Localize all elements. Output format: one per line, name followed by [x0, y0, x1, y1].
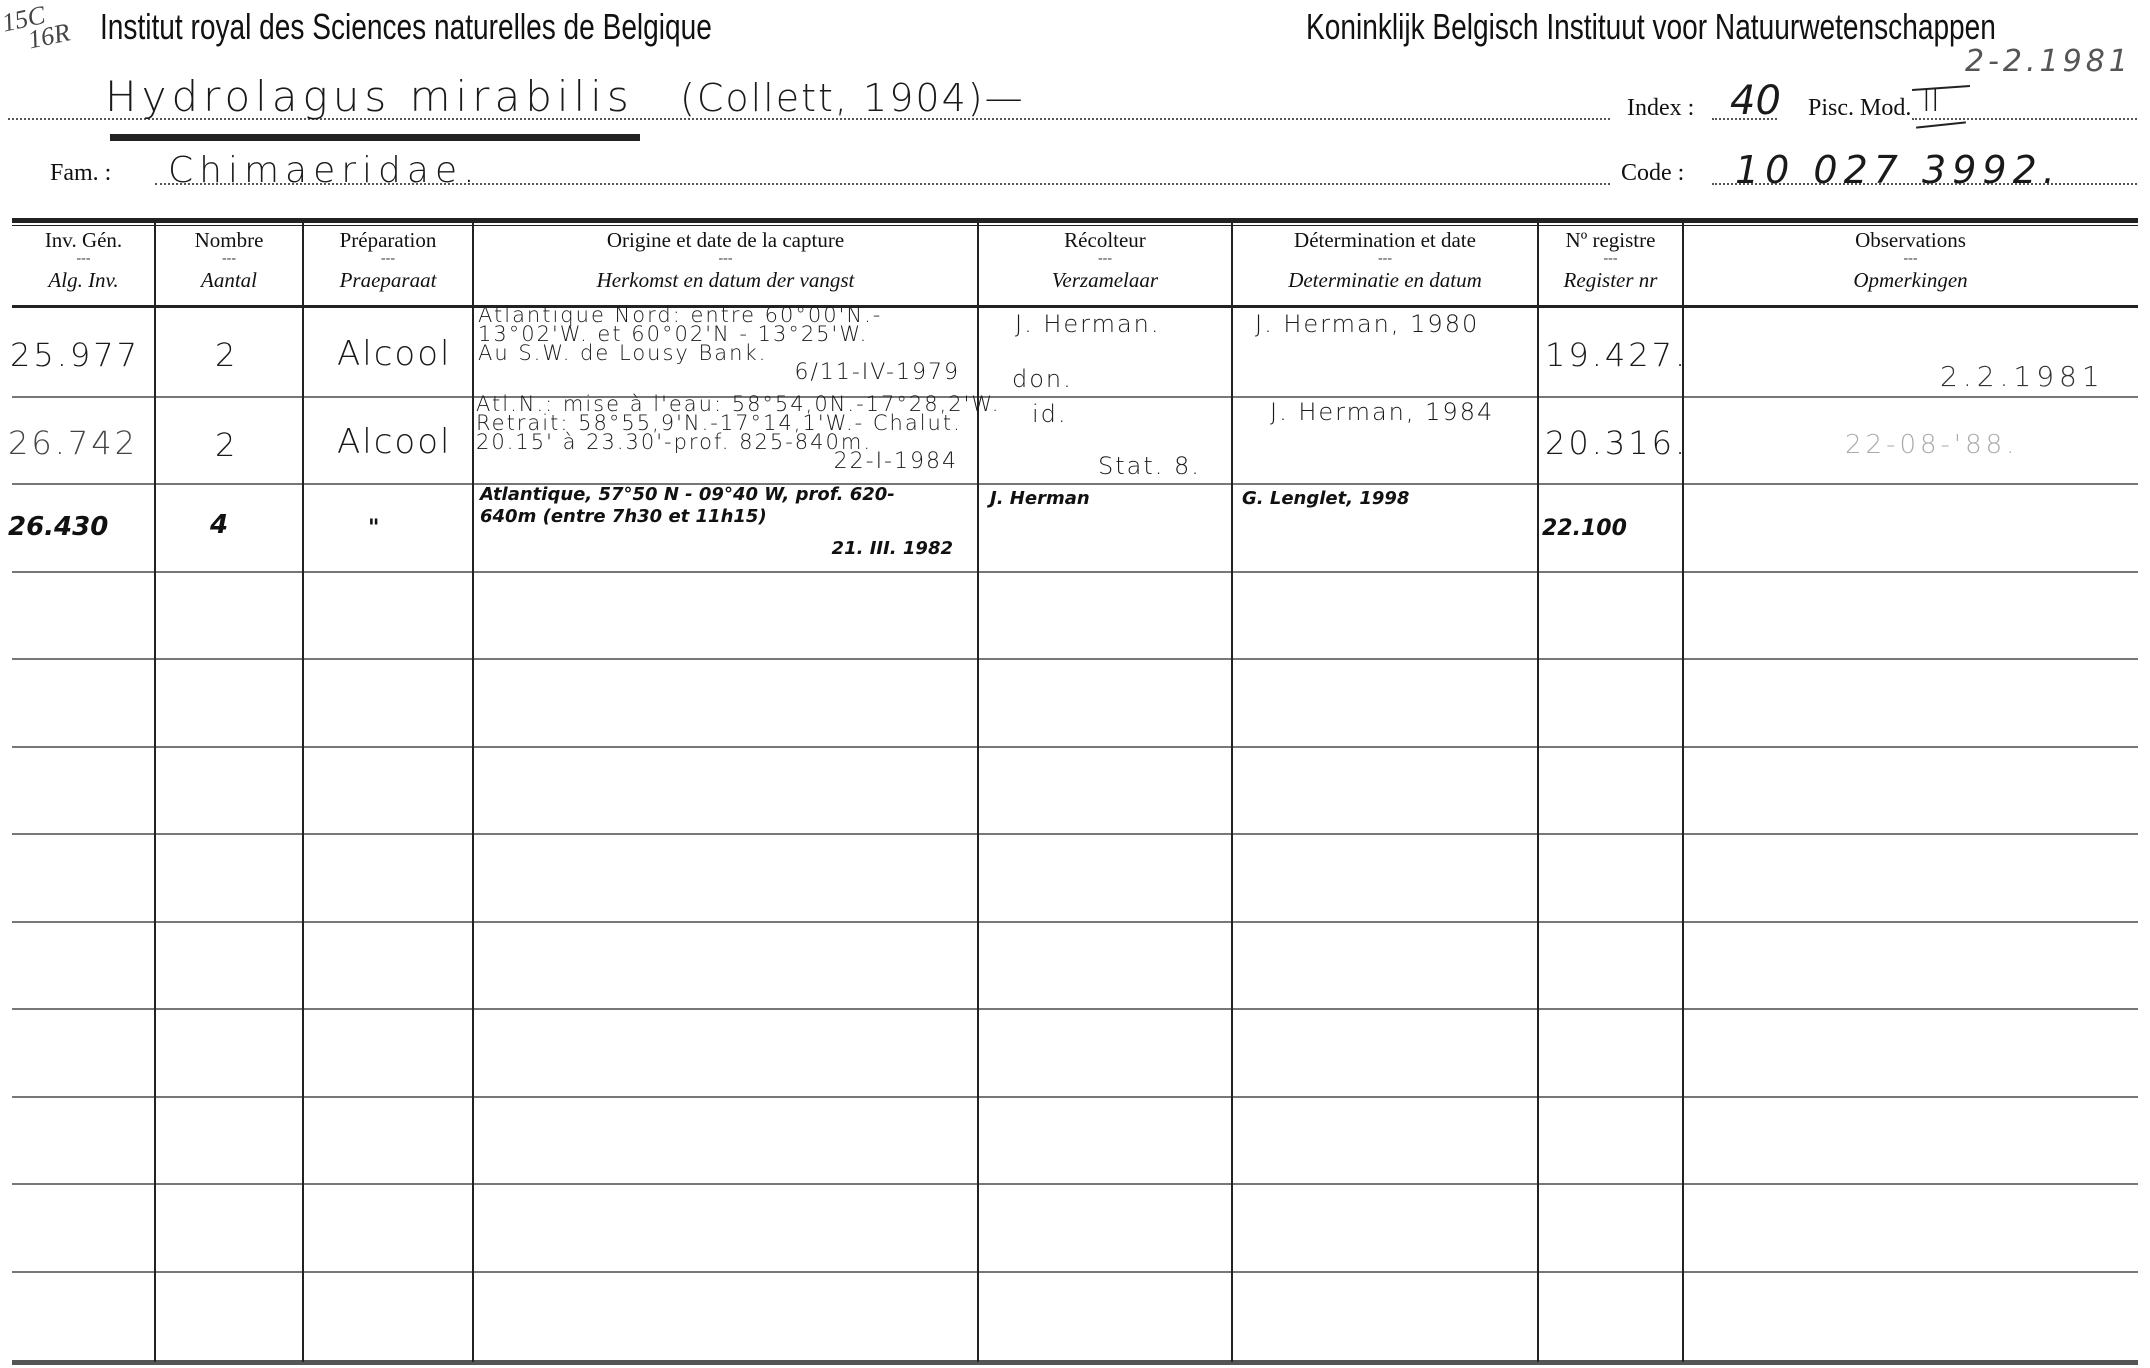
- column-header-fr: Nº registre: [1538, 228, 1683, 250]
- table-row-2-origine: Atl.N.: mise à l'eau: 58°54,0N.-17°28,2'…: [476, 395, 976, 471]
- pisc-mod-underline: [1916, 121, 1966, 128]
- column-rule: [977, 222, 979, 1362]
- column-header-nl: Herkomst en datum der vangst: [473, 268, 978, 293]
- column-header-separator: ---: [303, 250, 473, 268]
- table-top-rule: [12, 218, 2138, 223]
- species-underline: [110, 134, 640, 141]
- row-rule: [12, 1183, 2138, 1185]
- table-row-1-recolteur-note: don.: [1012, 365, 1073, 393]
- corner-annotation: 15C 16R: [0, 0, 72, 56]
- institution-title-fr: Institut royal des Sciences naturelles d…: [100, 6, 712, 48]
- pisc-dotted-line: [1912, 118, 2137, 120]
- table-row-3-recolteur: J. Herman: [990, 488, 1090, 509]
- code-label: Code :: [1621, 160, 1684, 187]
- column-header-nl: Verzamelaar: [978, 268, 1232, 293]
- table-row-1-recolteur: J. Herman.: [1015, 310, 1161, 338]
- family-value: Chimaeridae.: [168, 150, 481, 191]
- index-label: Index :: [1627, 95, 1694, 122]
- column-header-nl: Praeparaat: [303, 268, 473, 293]
- capture-date: 6/11-IV-1979: [478, 363, 978, 382]
- table-row-2-registre: 20.316.: [1545, 424, 1688, 462]
- table-row-1-observations: 2.2.1981: [1940, 360, 2105, 393]
- origine-line: 20.15' à 23.30'-prof. 825-840m.: [476, 433, 976, 452]
- specimen-ledger-table: Inv. Gén. --- Alg. Inv. Nombre --- Aanta…: [0, 0, 2150, 1368]
- table-row-2-nombre: 2: [215, 426, 235, 464]
- column-header-registre: Nº registre --- Register nr: [1538, 228, 1683, 293]
- row-rule: [12, 746, 2138, 748]
- column-header-separator: ---: [1683, 250, 2138, 268]
- row-rule: [12, 1008, 2138, 1010]
- row-rule: [12, 396, 2138, 398]
- column-header-nl: Aantal: [155, 268, 303, 293]
- column-header-determination: Détermination et date --- Determinatie e…: [1232, 228, 1538, 293]
- column-header-separator: ---: [1232, 250, 1538, 268]
- pisc-mod-overline: [1912, 85, 1970, 91]
- column-header-inv: Inv. Gén. --- Alg. Inv.: [12, 228, 155, 293]
- card-date: 2-2.1981: [1965, 44, 2132, 79]
- column-header-separator: ---: [1538, 250, 1683, 268]
- origine-line: Atl.N.: mise à l'eau: 58°54,0N.-17°28,2'…: [476, 395, 976, 414]
- table-row-2-observations: 22-08-'88.: [1845, 430, 2018, 460]
- table-row-1-preparation: Alcool: [337, 334, 451, 374]
- column-header-nl: Opmerkingen: [1683, 268, 2138, 293]
- row-rule: [12, 658, 2138, 660]
- row-rule: [12, 1271, 2138, 1273]
- column-rule: [154, 222, 156, 1362]
- table-row-3-nombre: 4: [210, 510, 228, 540]
- column-header-fr: Détermination et date: [1232, 228, 1538, 250]
- table-row-1-determination: J. Herman, 1980: [1255, 310, 1479, 338]
- column-header-fr: Récolteur: [978, 228, 1232, 250]
- institution-title-nl: Koninklijk Belgisch Instituut voor Natuu…: [1306, 6, 1996, 48]
- column-rule: [472, 222, 474, 1362]
- table-row-2-recolteur-note: Stat. 8.: [1098, 452, 1201, 480]
- pisc-mod-value: II: [1922, 84, 1940, 119]
- column-rule: [1537, 222, 1539, 1362]
- row-rule: [12, 921, 2138, 923]
- column-header-origine: Origine et date de la capture --- Herkom…: [473, 228, 978, 293]
- column-header-separator: ---: [473, 250, 978, 268]
- column-header-fr: Nombre: [155, 228, 303, 250]
- column-header-fr: Origine et date de la capture: [473, 228, 978, 250]
- column-rule: [1682, 222, 1684, 1362]
- column-header-fr: Inv. Gén.: [12, 228, 155, 250]
- table-bottom-rule: [12, 1360, 2138, 1365]
- column-header-preparation: Préparation --- Praeparaat: [303, 228, 473, 293]
- column-header-nl: Register nr: [1538, 268, 1683, 293]
- origine-line: Au S.W. de Lousy Bank.: [478, 344, 978, 363]
- capture-date: 22-I-1984: [476, 452, 976, 471]
- row-rule: [12, 1096, 2138, 1098]
- origine-line: 640m (entre 7h30 et 11h15): [480, 506, 975, 528]
- table-row-3-registre: 22.100: [1542, 516, 1627, 541]
- origine-line: Retrait: 58°55,9'N.-17°14,1'W.- Chalut.: [476, 414, 976, 433]
- species-author: (Collett, 1904)—: [680, 76, 1025, 120]
- species-name: Hydrolagus mirabilis: [105, 72, 634, 121]
- column-header-separator: ---: [155, 250, 303, 268]
- origine-line: 13°02'W. et 60°02'N - 13°25'W.: [478, 325, 978, 344]
- table-row-1-registre: 19.427.: [1545, 336, 1688, 374]
- table-row-3-determination: G. Lenglet, 1998: [1242, 488, 1409, 509]
- table-row-1-origine: Atlantique Nord: entre 60°00'N.- 13°02'W…: [478, 306, 978, 382]
- index-value: 40: [1730, 78, 1781, 124]
- origine-line: Atlantique Nord: entre 60°00'N.-: [478, 306, 978, 325]
- table-row-2-recolteur: id.: [1032, 400, 1068, 428]
- table-row-2-inv: 26.742: [8, 424, 138, 462]
- table-row-1-inv: 25.977: [10, 336, 140, 374]
- table-row-2-preparation: Alcool: [337, 422, 451, 462]
- column-header-nl: Alg. Inv.: [12, 268, 155, 293]
- column-rule: [1231, 222, 1233, 1362]
- family-label: Fam. :: [50, 160, 111, 187]
- table-header-rule: [12, 305, 2138, 308]
- row-rule: [12, 483, 2138, 485]
- column-header-nombre: Nombre --- Aantal: [155, 228, 303, 293]
- column-header-fr: Observations: [1683, 228, 2138, 250]
- column-header-recolteur: Récolteur --- Verzamelaar: [978, 228, 1232, 293]
- table-row-3-inv: 26.430: [8, 512, 108, 542]
- capture-date: 21. III. 1982: [480, 538, 975, 560]
- code-value: 10 027 3992.: [1735, 148, 2061, 192]
- pisc-mod-label: Pisc. Mod.: [1808, 95, 1911, 122]
- table-row-3-preparation: ": [368, 516, 379, 541]
- column-header-fr: Préparation: [303, 228, 473, 250]
- corner-annotation-line: 16R: [26, 21, 72, 51]
- column-header-nl: Determinatie en datum: [1232, 268, 1538, 293]
- column-header-observations: Observations --- Opmerkingen: [1683, 228, 2138, 293]
- row-rule: [12, 571, 2138, 573]
- table-top-rule-thin: [12, 225, 2138, 226]
- table-row-2-determination: J. Herman, 1984: [1270, 398, 1494, 426]
- column-rule: [302, 222, 304, 1362]
- column-header-separator: ---: [978, 250, 1232, 268]
- table-row-3-origine: Atlantique, 57°50 N - 09°40 W, prof. 620…: [480, 484, 975, 560]
- table-row-1-nombre: 2: [215, 336, 235, 374]
- row-rule: [12, 833, 2138, 835]
- origine-line: Atlantique, 57°50 N - 09°40 W, prof. 620…: [480, 484, 975, 506]
- column-header-separator: ---: [12, 250, 155, 268]
